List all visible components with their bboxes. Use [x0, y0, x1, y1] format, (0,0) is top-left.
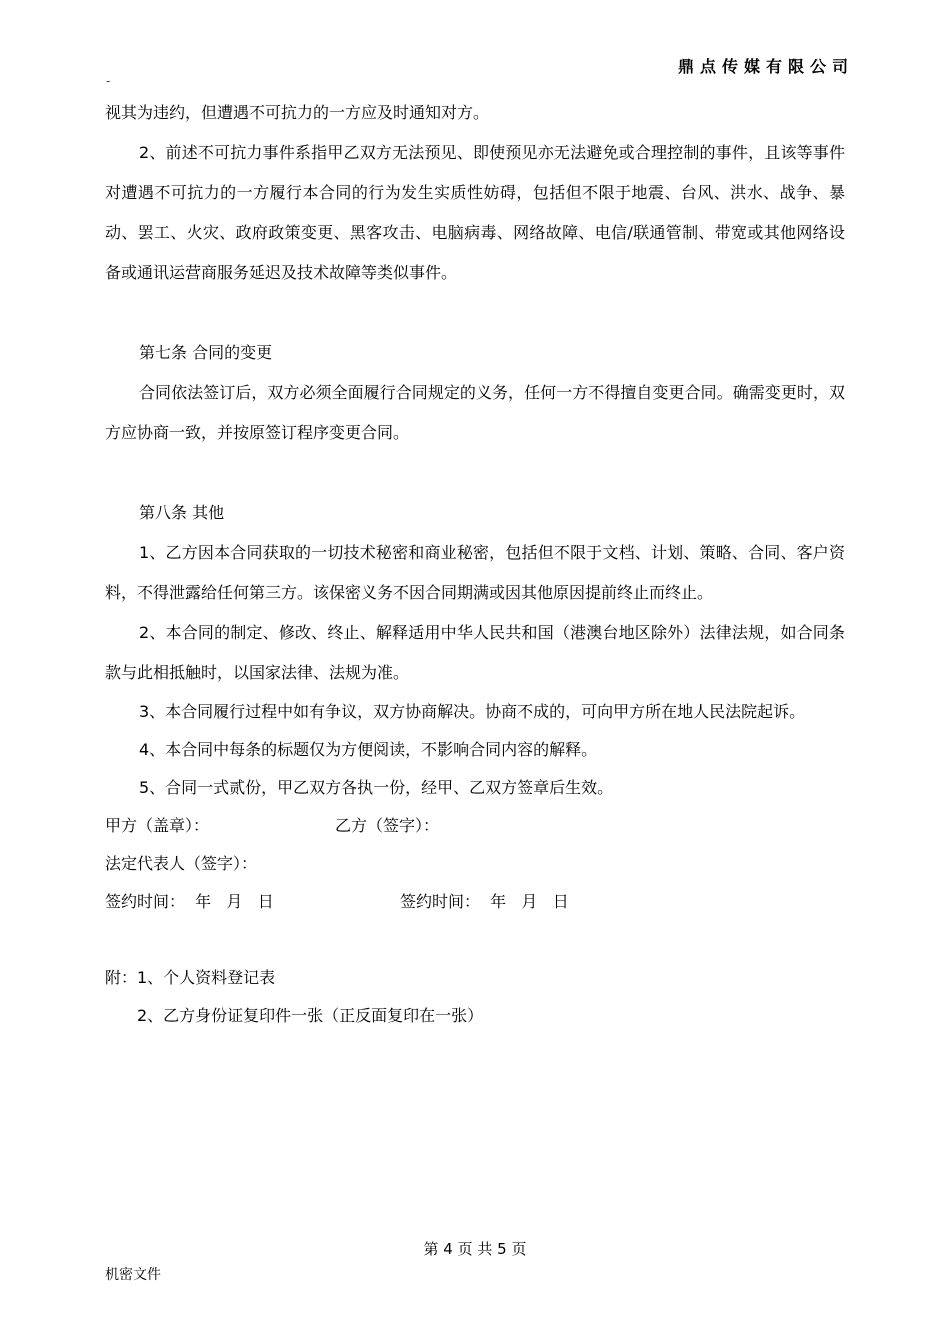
attachment-line-1: 附：1、个人资料登记表	[105, 959, 845, 997]
document-page: 鼎点传媒有限公司 - 视其为违约，但遭遇不可抗力的一方应及时通知对方。 2、前述…	[0, 0, 950, 1344]
contract-body: 视其为违约，但遭遇不可抗力的一方应及时通知对方。 2、前述不可抗力事件系指甲乙双…	[105, 0, 845, 1035]
party-b-sign-label: 乙方（签字）：	[335, 807, 439, 845]
seal-sign-row: 甲方（盖章）： 乙方（签字）：	[105, 807, 845, 845]
article-8-item-3: 3、本合同履行过程中如有争议，双方协商解决。协商不成的，可向甲方所在地人民法院起…	[105, 693, 845, 731]
article-8-heading: 第八条 其他	[105, 493, 845, 533]
article-7-heading: 第七条 合同的变更	[105, 333, 845, 373]
legal-rep-row: 法定代表人（签字）：	[105, 845, 845, 883]
sign-date-right: 签约时间： 年 月 日	[400, 883, 569, 921]
sign-date-left: 签约时间： 年 月 日	[105, 883, 400, 921]
article-7-body: 合同依法签订后，双方必须全面履行合同规定的义务，任何一方不得擅自变更合同。确需变…	[105, 373, 845, 453]
legal-rep-label: 法定代表人（签字）：	[105, 845, 257, 883]
confidential-label: 机密文件	[105, 1264, 161, 1284]
article-8-item-5: 5、合同一式贰份，甲乙双方各执一份，经甲、乙双方签章后生效。	[105, 769, 845, 807]
article-8-item-2: 2、本合同的制定、修改、终止、解释适用中华人民共和国（港澳台地区除外）法律法规，…	[105, 613, 845, 693]
signature-block: 甲方（盖章）： 乙方（签字）： 法定代表人（签字）： 签约时间： 年 月 日 签…	[105, 807, 845, 921]
article-8-items: 1、乙方因本合同获取的一切技术秘密和商业秘密，包括但不限于文档、计划、策略、合同…	[105, 533, 845, 807]
continued-paragraph: 视其为违约，但遭遇不可抗力的一方应及时通知对方。	[105, 93, 845, 133]
attachments-block: 附：1、个人资料登记表 2、乙方身份证复印件一张（正反面复印在一张）	[105, 959, 845, 1035]
party-a-seal-label: 甲方（盖章）：	[105, 807, 335, 845]
sign-date-row: 签约时间： 年 月 日 签约时间： 年 月 日	[105, 883, 845, 921]
page-indicator: 第 4 页 共 5 页	[0, 1238, 950, 1259]
force-majeure-item-2: 2、前述不可抗力事件系指甲乙双方无法预见、即使预见亦无法避免或合理控制的事件，且…	[105, 133, 845, 293]
article-8-item-1: 1、乙方因本合同获取的一切技术秘密和商业秘密，包括但不限于文档、计划、策略、合同…	[105, 533, 845, 613]
attachment-line-2: 2、乙方身份证复印件一张（正反面复印在一张）	[137, 997, 845, 1035]
article-8-item-4: 4、本合同中每条的标题仅为方便阅读，不影响合同内容的解释。	[105, 731, 845, 769]
